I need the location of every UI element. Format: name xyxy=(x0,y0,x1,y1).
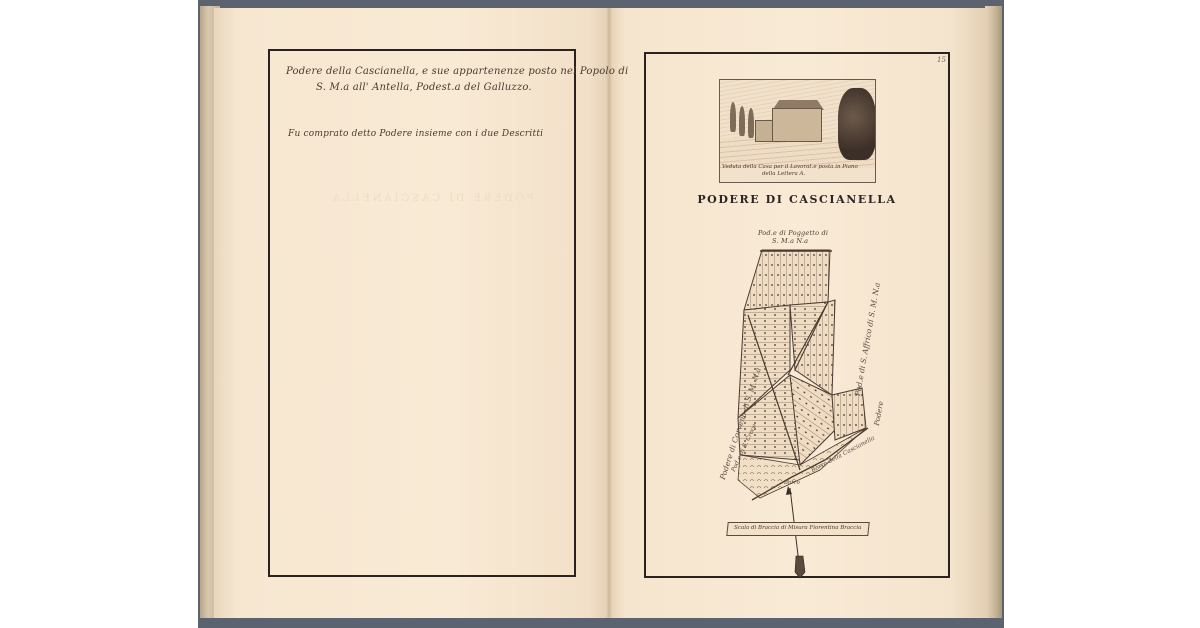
stream-short-label: Borro xyxy=(784,480,800,486)
scale-bar: Scala di Braccia di Misura Fiorentina Br… xyxy=(726,522,869,536)
scale-label: Scala di Braccia di Misura Fiorentina Br… xyxy=(728,523,868,533)
estate-plan-map xyxy=(0,0,1200,628)
